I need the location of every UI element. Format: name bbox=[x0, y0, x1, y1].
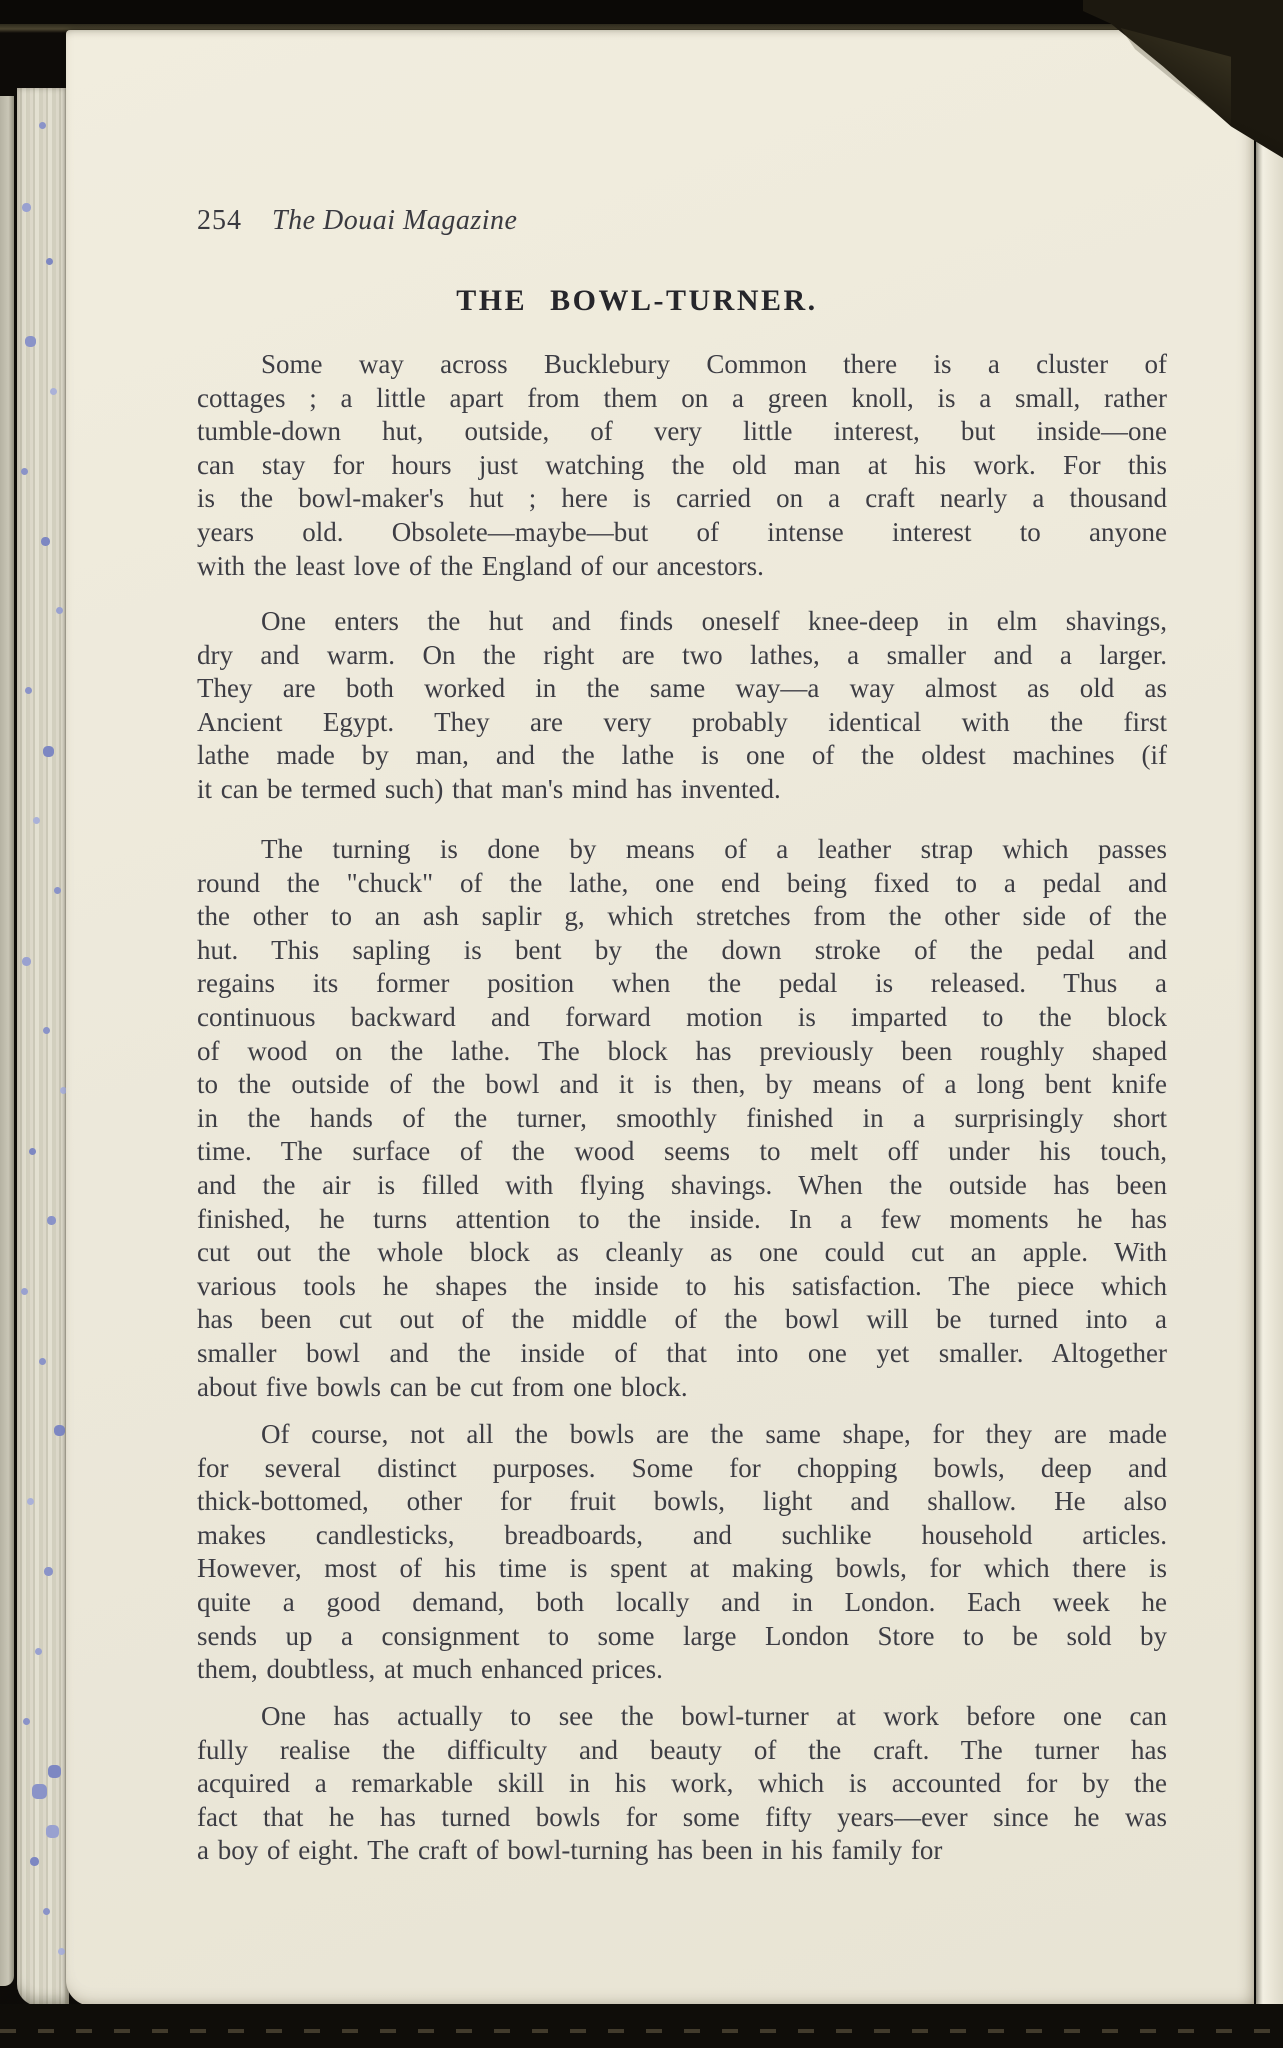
text-line: time. The surface of the wood seems to m… bbox=[197, 1135, 1167, 1169]
text-line: quite a good demand, both locally and in… bbox=[197, 1586, 1167, 1620]
text-line: They are both worked in the same way—a w… bbox=[197, 672, 1167, 706]
text-line: acquired a remarkable skill in his work,… bbox=[197, 1767, 1167, 1801]
text-line: with the least love of the England of ou… bbox=[197, 550, 1167, 584]
text-line: round the "chuck" of the lathe, one end … bbox=[197, 867, 1167, 901]
text-line: years old. Obsolete—maybe—but of intense… bbox=[197, 516, 1167, 550]
text-line: One has actually to see the bowl-turner … bbox=[197, 1700, 1167, 1734]
article-body: Some way across Bucklebury Common there … bbox=[197, 30, 1167, 2006]
text-line: cut out the whole block as cleanly as on… bbox=[197, 1236, 1167, 1270]
text-line: tumble-down hut, outside, of very little… bbox=[197, 415, 1167, 449]
cover-texture-line bbox=[0, 2029, 1283, 2033]
text-line: The turning is done by means of a leathe… bbox=[197, 833, 1167, 867]
text-line: hut. This sapling is bent by the down st… bbox=[197, 934, 1167, 968]
paragraph: One enters the hut and finds oneself kne… bbox=[197, 605, 1167, 807]
text-line: finished, he turns attention to the insi… bbox=[197, 1203, 1167, 1237]
text-line: has been cut out of the middle of the bo… bbox=[197, 1303, 1167, 1337]
text-line: Some way across Bucklebury Common there … bbox=[197, 348, 1167, 382]
text-line: various tools he shapes the inside to hi… bbox=[197, 1270, 1167, 1304]
paragraph: The turning is done by means of a leathe… bbox=[197, 833, 1167, 1404]
paragraph: Some way across Bucklebury Common there … bbox=[197, 348, 1167, 583]
blue-speck-field bbox=[17, 88, 20, 91]
text-line: it can be termed such) that man's mind h… bbox=[197, 773, 1167, 807]
text-line: and the air is filled with flying shavin… bbox=[197, 1169, 1167, 1203]
outer-page-edge bbox=[0, 96, 14, 1986]
text-line: for several distinct purposes. Some for … bbox=[197, 1452, 1167, 1486]
text-line: One enters the hut and finds oneself kne… bbox=[197, 605, 1167, 639]
text-line: a boy of eight. The craft of bowl-turnin… bbox=[197, 1834, 1167, 1868]
text-line: fact that he has turned bowls for some f… bbox=[197, 1801, 1167, 1835]
text-line: Ancient Egypt. They are very probably id… bbox=[197, 706, 1167, 740]
text-line: them, doubtless, at much enhanced prices… bbox=[197, 1653, 1167, 1687]
text-line: sends up a consignment to some large Lon… bbox=[197, 1620, 1167, 1654]
text-line: dry and warm. On the right are two lathe… bbox=[197, 639, 1167, 673]
facing-page-strip bbox=[1256, 118, 1283, 2004]
paragraph: Of course, not all the bowls are the sam… bbox=[197, 1418, 1167, 1687]
book-scan: { "page": { "page_number": "254", "runni… bbox=[0, 0, 1283, 2048]
text-line: to the outside of the bowl and it is the… bbox=[197, 1068, 1167, 1102]
text-line: the other to an ash saplir g, which stre… bbox=[197, 900, 1167, 934]
text-line: fully realise the difficulty and beauty … bbox=[197, 1734, 1167, 1768]
text-line: thick-bottomed, other for fruit bowls, l… bbox=[197, 1485, 1167, 1519]
paragraph: One has actually to see the bowl-turner … bbox=[197, 1700, 1167, 1868]
text-line: lathe made by man, and the lathe is one … bbox=[197, 739, 1167, 773]
text-line: makes candlesticks, breadboards, and suc… bbox=[197, 1519, 1167, 1553]
text-line: in the hands of the turner, smoothly fin… bbox=[197, 1102, 1167, 1136]
text-line: is the bowl-maker's hut ; here is carrie… bbox=[197, 482, 1167, 516]
text-line: continuous backward and forward motion i… bbox=[197, 1001, 1167, 1035]
page-edges-strip bbox=[17, 88, 69, 2006]
text-line: about five bowls can be cut from one blo… bbox=[197, 1371, 1167, 1405]
text-line: of wood on the lathe. The block has prev… bbox=[197, 1035, 1167, 1069]
text-line: smaller bowl and the inside of that into… bbox=[197, 1337, 1167, 1371]
text-line: regains its former position when the ped… bbox=[197, 967, 1167, 1001]
text-line: cottages ; a little apart from them on a… bbox=[197, 382, 1167, 416]
book-page: 254 The Douai Magazine THE BOWL-TURNER. … bbox=[66, 30, 1254, 2006]
text-line: can stay for hours just watching the old… bbox=[197, 449, 1167, 483]
text-line: Of course, not all the bowls are the sam… bbox=[197, 1418, 1167, 1452]
text-line: However, most of his time is spent at ma… bbox=[197, 1552, 1167, 1586]
bottom-cover-band bbox=[0, 2004, 1283, 2048]
